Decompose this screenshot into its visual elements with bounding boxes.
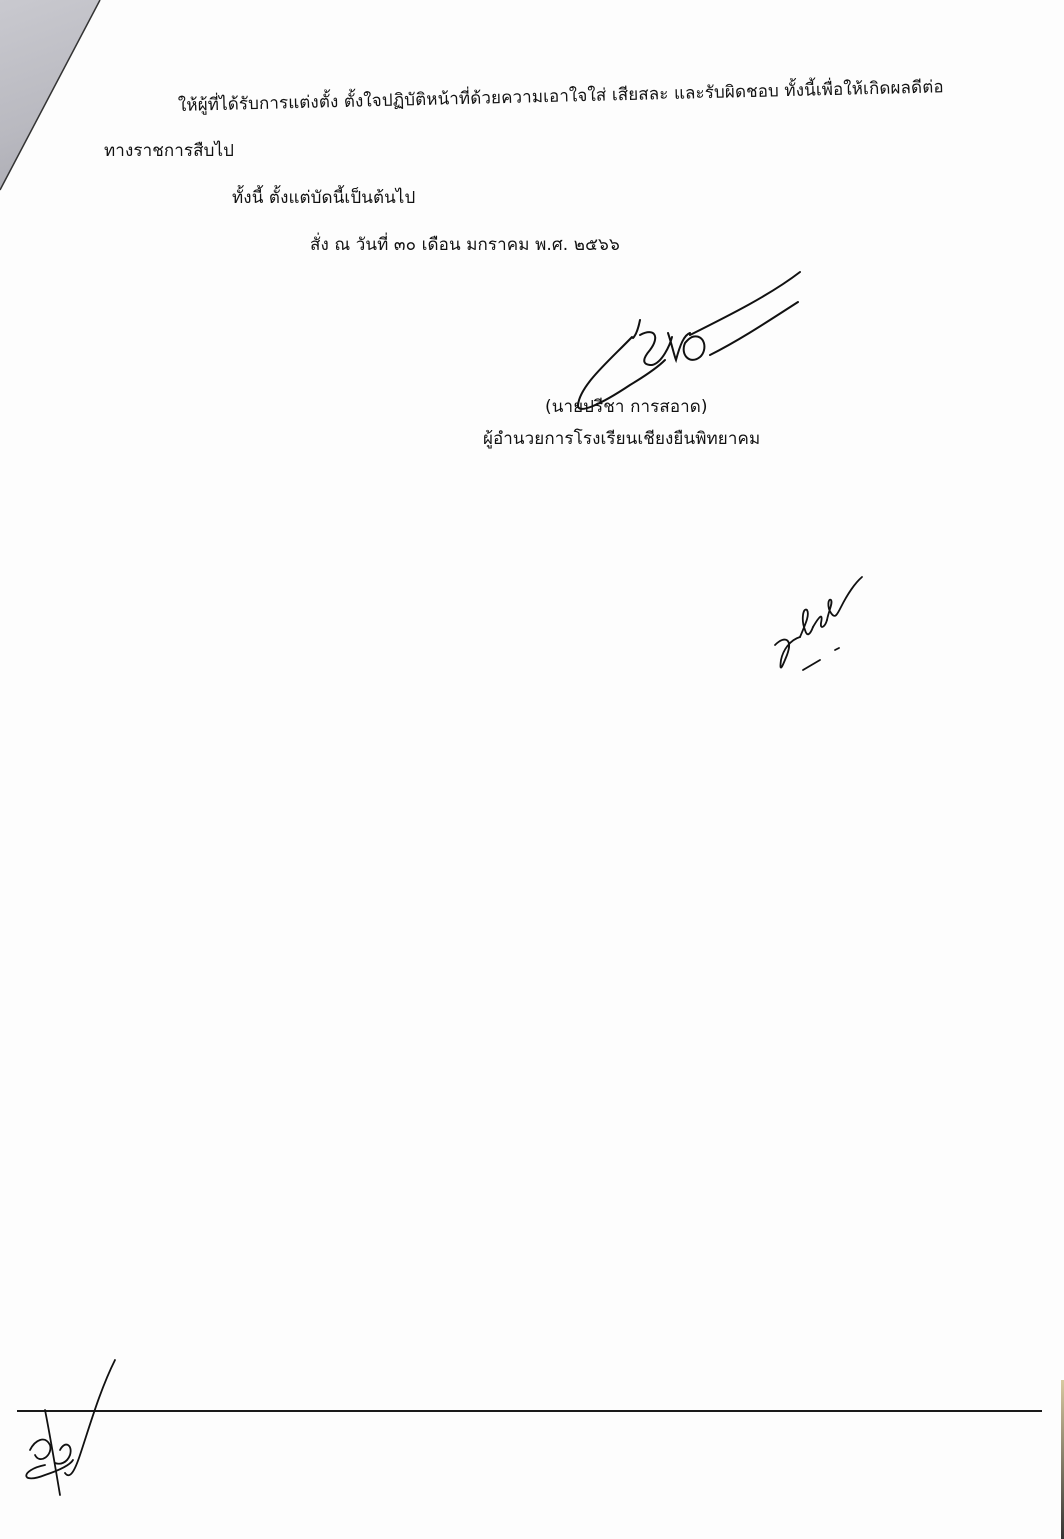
signatory-position: ผู้อำนวยการโรงเรียนเชียงยืนพิทยาคม bbox=[483, 425, 760, 452]
effective-clause: ทั้งนี้ ตั้งแต่บัดนี้เป็นต้นไป bbox=[232, 184, 415, 211]
initial-signature-icon bbox=[765, 565, 875, 680]
bottom-initial-signature-icon bbox=[15, 1355, 125, 1525]
body-paragraph-line-2: ทางราชการสืบไป bbox=[104, 137, 234, 164]
body-paragraph-line-1: ให้ผู้ที่ได้รับการแต่งตั้ง ตั้งใจปฏิบัติ… bbox=[178, 73, 944, 119]
order-date: สั่ง ณ วันที่ ๓๐ เดือน มกราคม พ.ศ. ๒๕๖๖ bbox=[310, 231, 620, 258]
footer-rule bbox=[17, 1410, 1042, 1412]
page-edge-line bbox=[0, 0, 110, 200]
signatory-name: (นายปรีชา การสอาด) bbox=[545, 393, 708, 420]
